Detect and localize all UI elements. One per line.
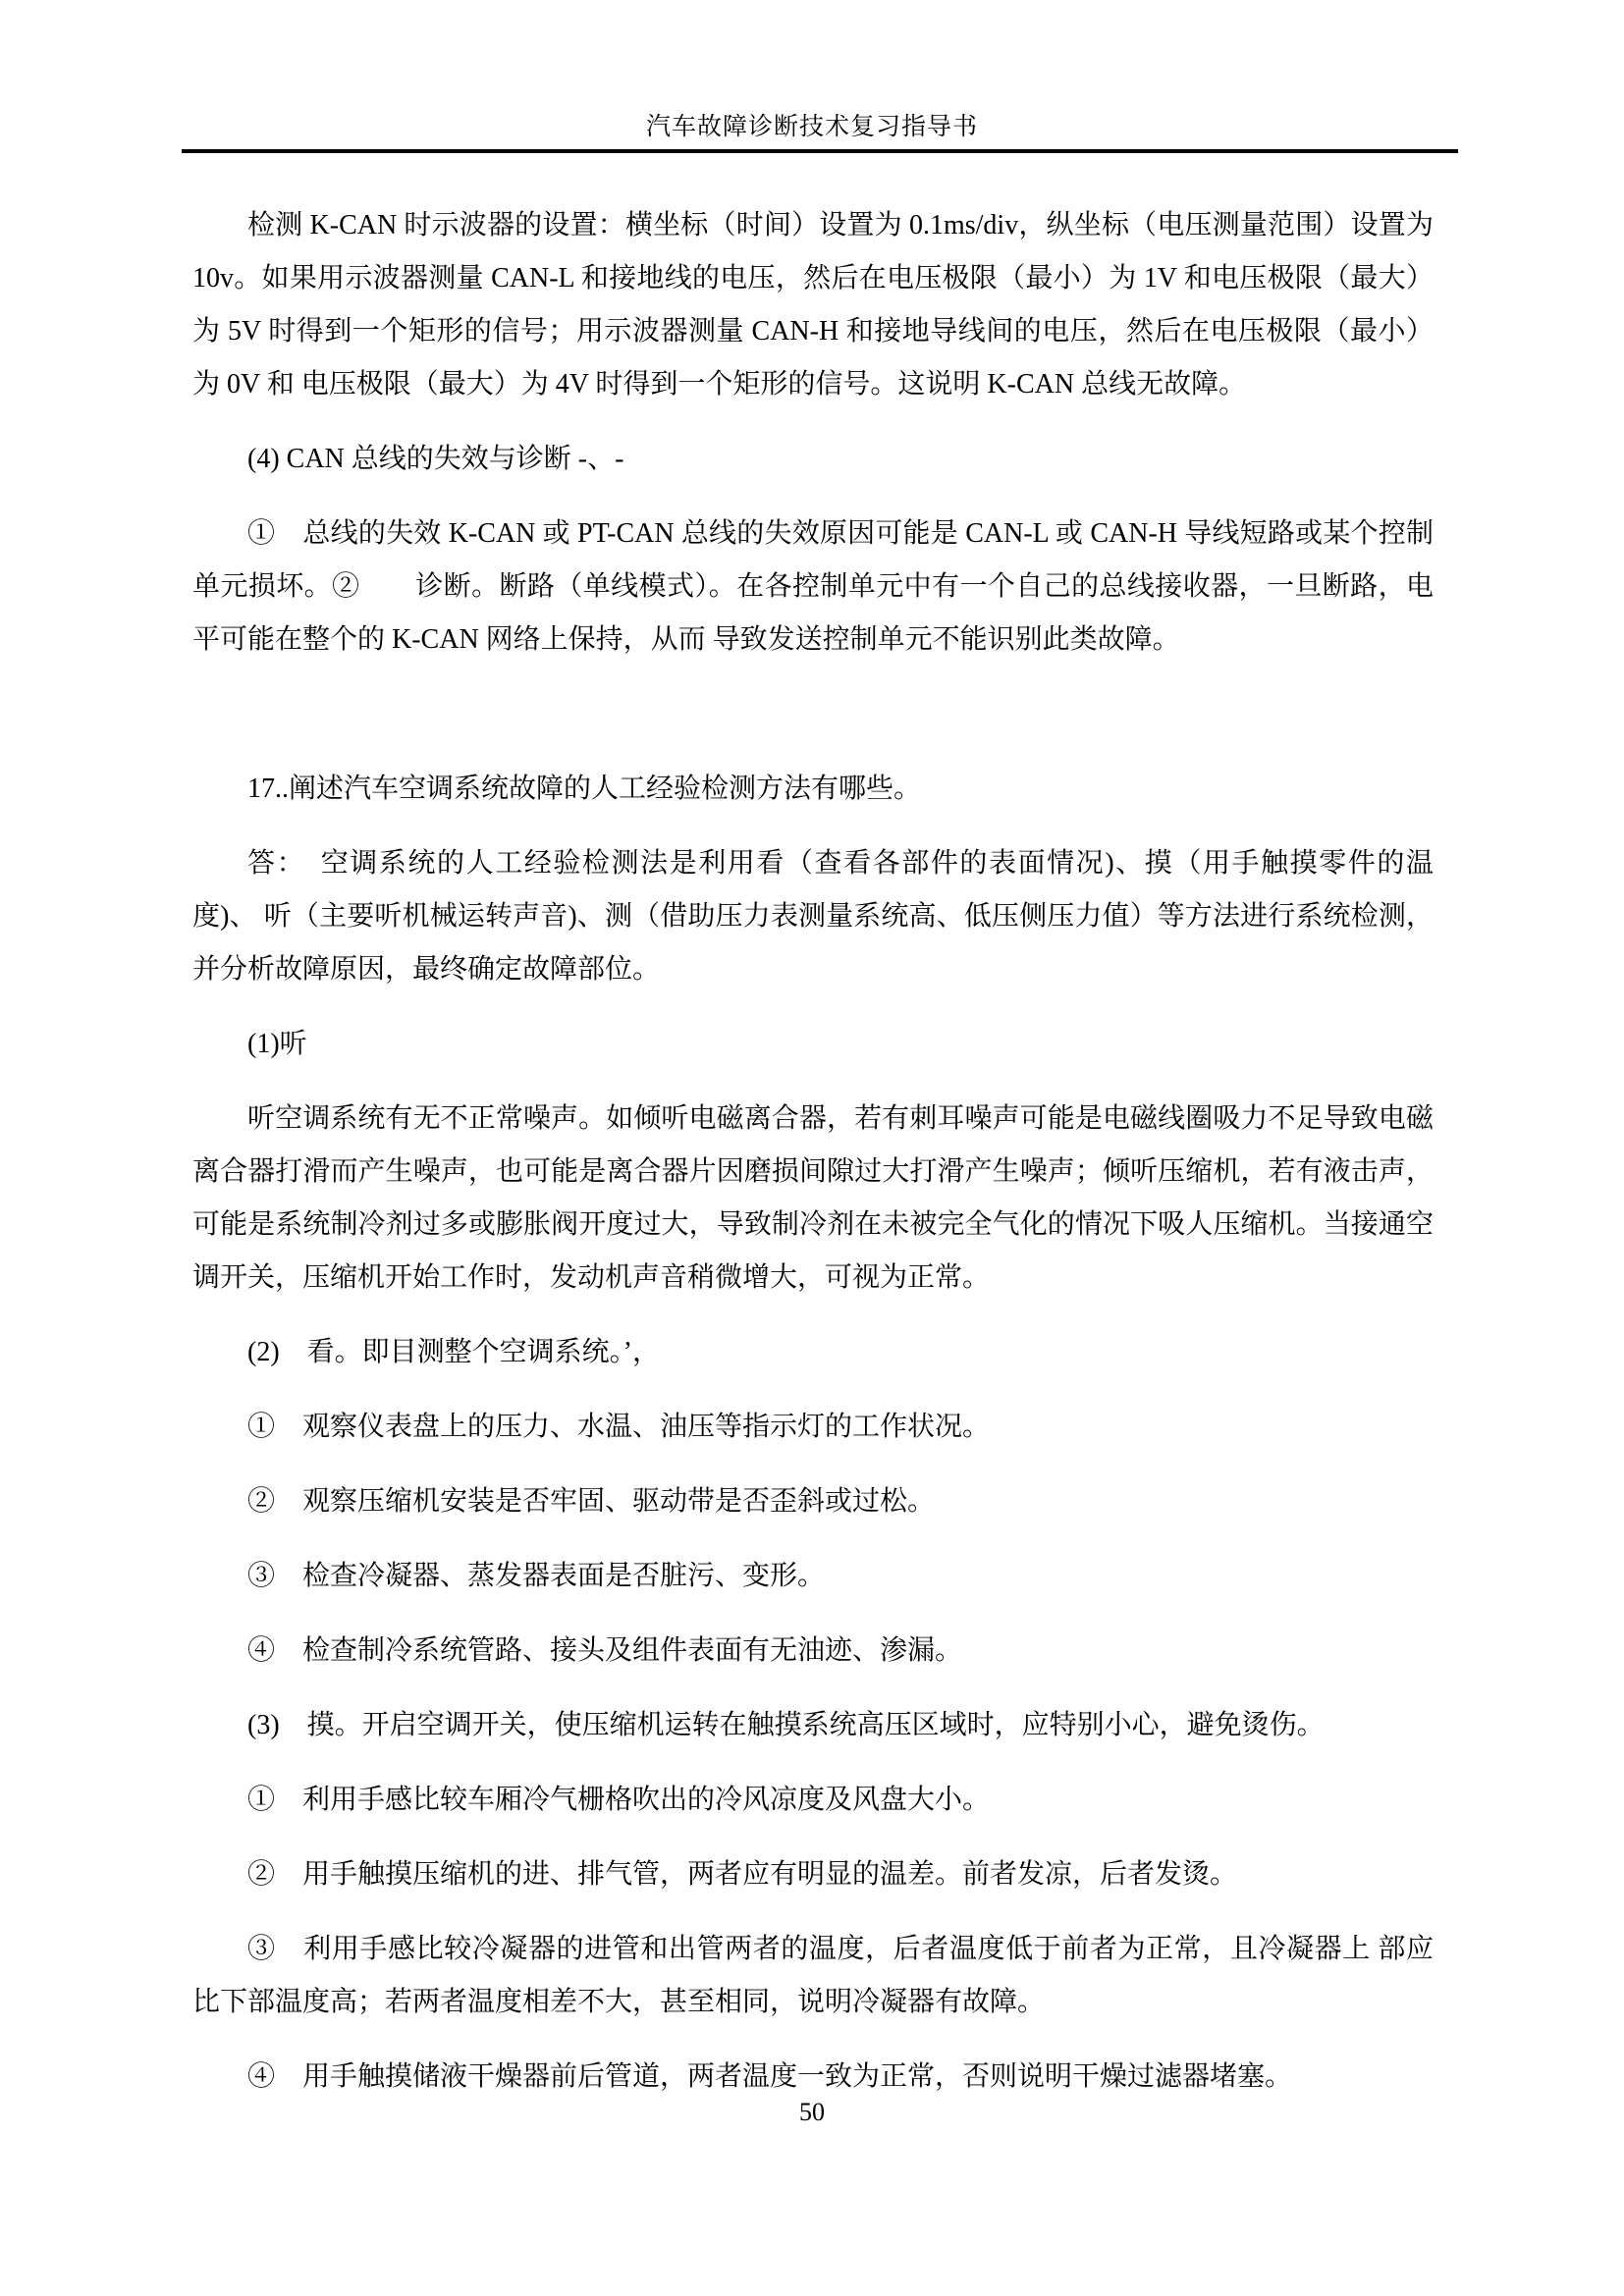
header-rule [182,149,1458,153]
touch-item-3-condenser-pipes: ③ 利用手感比较冷凝器的进管和出管两者的温度，后者温度低于前者为正常，且冷凝器上… [192,1923,1434,2029]
document-body: 检测 K-CAN 时示波器的设置：横坐标（时间）设置为 0.1ms/div，纵坐… [192,199,1434,2125]
touch-item-4-receiver-drier: ④ 用手触摸储液干燥器前后管道，两者温度一致为正常，否则说明干燥过滤器堵塞。 [192,2051,1434,2104]
heading-look: (2) 看。即目测整个空调系统。’， [192,1326,1434,1379]
paragraph-bus-failure-causes: ① 总线的失效 K-CAN 或 PT-CAN 总线的失效原因可能是 CAN-L … [192,507,1434,667]
heading-can-bus-failure-diagnosis: (4) CAN 总线的失效与诊断 -、- [192,433,1434,486]
touch-item-1-cold-air-vents: ① 利用手感比较车厢冷气栅格吹出的冷风凉度及风盘大小。 [192,1774,1434,1827]
paragraph-listen-detail: 听空调系统有无不正常噪声。如倾听电磁离合器，若有刺耳噪声可能是电磁线圈吸力不足导… [192,1093,1434,1305]
page-footer: 50 [0,2097,1624,2128]
heading-listen: (1)听 [192,1018,1434,1071]
look-item-4-refrigerant-lines: ④ 检查制冷系统管路、接头及组件表面有无油迹、渗漏。 [192,1625,1434,1678]
look-item-1-dashboard-lights: ① 观察仪表盘上的压力、水温、油压等指示灯的工作状况。 [192,1401,1434,1454]
document-page: 汽车故障诊断技术复习指导书 检测 K-CAN 时示波器的设置：横坐标（时间）设置… [0,0,1624,2296]
heading-touch: (3) 摸。开启空调开关，使压缩机运转在触摸系统高压区域时，应特别小心，避免烫伤… [192,1699,1434,1752]
look-item-3-condenser-evaporator: ③ 检查冷凝器、蒸发器表面是否脏污、变形。 [192,1550,1434,1603]
page-header-title: 汽车故障诊断技术复习指导书 [0,112,1624,143]
answer-overview-paragraph: 答： 空调系统的人工经验检测法是利用看（查看各部件的表面情况)、摸（用手触摸零件… [192,837,1434,996]
question-17-heading: 17..阐述汽车空调系统故障的人工经验检测方法有哪些。 [192,763,1434,816]
look-item-2-compressor-mount: ② 观察压缩机安装是否牢固、驱动带是否歪斜或过松。 [192,1475,1434,1528]
paragraph-kcan-oscilloscope-settings: 检测 K-CAN 时示波器的设置：横坐标（时间）设置为 0.1ms/div，纵坐… [192,199,1434,411]
page-number: 50 [799,2098,825,2126]
touch-item-2-compressor-pipes: ② 用手触摸压缩机的进、排气管，两者应有明显的温差。前者发凉，后者发烫。 [192,1848,1434,1901]
blank-line [192,688,1434,741]
